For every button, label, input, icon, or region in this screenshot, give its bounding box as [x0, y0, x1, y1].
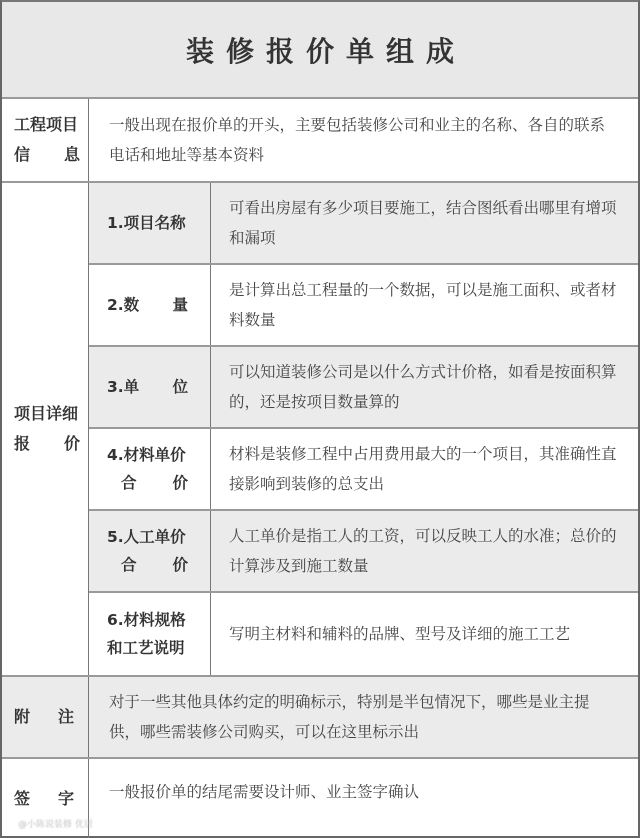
- label-char: 附: [14, 702, 30, 732]
- label-char: 价: [64, 429, 80, 459]
- label-line: 工程项目: [14, 110, 80, 140]
- subdesc: 是计算出总工程量的一个数据，可以是施工面积、或者材料数量: [211, 265, 638, 345]
- table-title: 装修报价单组成: [174, 30, 466, 70]
- label-char: 合: [121, 469, 137, 497]
- table-title-band: 装修报价单组成: [2, 2, 638, 99]
- quote-composition-table: 装修报价单组成 工程项目 信 息 一般出现在报价单的开头，主要包括装修公司和业主…: [0, 0, 640, 838]
- label-char: 字: [58, 784, 74, 814]
- subdesc: 人工单价是指工人的工资，可以反映工人的水准；总价的计算涉及到施工数量: [211, 511, 638, 591]
- sublabel-line: 合 价: [107, 551, 188, 579]
- label-char: 2.数: [107, 291, 139, 319]
- sublabel: 6.材料规格 和工艺说明: [89, 593, 211, 675]
- sublabel: 5.人工单价 合 价: [89, 511, 211, 591]
- subrow-item-name: 1.项目名称 可看出房屋有多少项目要施工，结合图纸看出哪里有增项和漏项: [89, 183, 638, 265]
- label-char: 注: [58, 702, 74, 732]
- sublabel-line: 3.单 位: [107, 373, 188, 401]
- subdesc: 可看出房屋有多少项目要施工，结合图纸看出哪里有增项和漏项: [211, 183, 638, 263]
- row-project-info: 工程项目 信 息 一般出现在报价单的开头，主要包括装修公司和业主的名称、各自的联…: [2, 99, 638, 183]
- subrow-labor-price: 5.人工单价 合 价 人工单价是指工人的工资，可以反映工人的水准；总价的计算涉及…: [89, 511, 638, 593]
- sublabel-line: 1.项目名称: [107, 209, 188, 237]
- label-char: 3.单: [107, 373, 139, 401]
- label-char: 信: [14, 140, 30, 170]
- label-line: 信 息: [14, 140, 80, 170]
- label-char: 报: [14, 429, 30, 459]
- sublabel-line: 和工艺说明: [107, 634, 196, 662]
- sublabel-line: 4.材料单价: [107, 441, 188, 469]
- row-notes: 附 注 对于一些其他具体约定的明确标示，特别是半包情况下，哪些是业主提供，哪些需…: [2, 677, 638, 759]
- label-line: 签 字: [14, 784, 74, 814]
- subdesc: 写明主材料和辅料的品牌、型号及详细的施工工艺: [211, 593, 638, 675]
- subdesc: 可以知道装修公司是以什么方式计价格，如看是按面积算的，还是按项目数量算的: [211, 347, 638, 427]
- sublabel-line: 合 价: [107, 469, 188, 497]
- row-detail-quote: 项目详细 报 价 1.项目名称 可看出房屋有多少项目要施工，结合图纸看出哪里有增…: [2, 183, 638, 677]
- subrow-quantity: 2.数 量 是计算出总工程量的一个数据，可以是施工面积、或者材料数量: [89, 265, 638, 347]
- desc-project-info: 一般出现在报价单的开头，主要包括装修公司和业主的名称、各自的联系电话和地址等基本…: [89, 99, 638, 181]
- watermark: @小陈说装修 优居: [18, 817, 93, 830]
- label-project-info: 工程项目 信 息: [2, 99, 89, 181]
- sublabel: 2.数 量: [89, 265, 211, 345]
- label-line: 报 价: [14, 429, 80, 459]
- label-notes: 附 注: [2, 677, 89, 757]
- subrow-material-spec: 6.材料规格 和工艺说明 写明主材料和辅料的品牌、型号及详细的施工工艺: [89, 593, 638, 675]
- label-char: 位: [172, 373, 188, 401]
- subdesc: 材料是装修工程中占用费用最大的一个项目，其准确性直接影响到装修的总支出: [211, 429, 638, 509]
- label-char: 价: [172, 551, 188, 579]
- sublabel-line: 6.材料规格: [107, 606, 196, 634]
- subrow-unit: 3.单 位 可以知道装修公司是以什么方式计价格，如看是按面积算的，还是按项目数量…: [89, 347, 638, 429]
- detail-subrows: 1.项目名称 可看出房屋有多少项目要施工，结合图纸看出哪里有增项和漏项 2.数 …: [89, 183, 638, 675]
- subrow-material-price: 4.材料单价 合 价 材料是装修工程中占用费用最大的一个项目，其准确性直接影响到…: [89, 429, 638, 511]
- label-line: 附 注: [14, 702, 74, 732]
- desc-notes: 对于一些其他具体约定的明确标示，特别是半包情况下，哪些是业主提供，哪些需装修公司…: [89, 677, 638, 757]
- label-char: 量: [172, 291, 188, 319]
- row-signature: 签 字 一般报价单的结尾需要设计师、业主签字确认: [2, 759, 638, 838]
- label-char: 息: [64, 140, 80, 170]
- sublabel-line: 5.人工单价: [107, 523, 188, 551]
- label-detail-quote: 项目详细 报 价: [2, 183, 89, 675]
- label-char: 合: [121, 551, 137, 579]
- sublabel: 4.材料单价 合 价: [89, 429, 211, 509]
- sublabel-line: 2.数 量: [107, 291, 188, 319]
- sublabel: 1.项目名称: [89, 183, 211, 263]
- sublabel: 3.单 位: [89, 347, 211, 427]
- desc-signature: 一般报价单的结尾需要设计师、业主签字确认: [89, 759, 638, 838]
- label-line: 项目详细: [14, 399, 80, 429]
- label-char: 价: [172, 469, 188, 497]
- label-char: 签: [14, 784, 30, 814]
